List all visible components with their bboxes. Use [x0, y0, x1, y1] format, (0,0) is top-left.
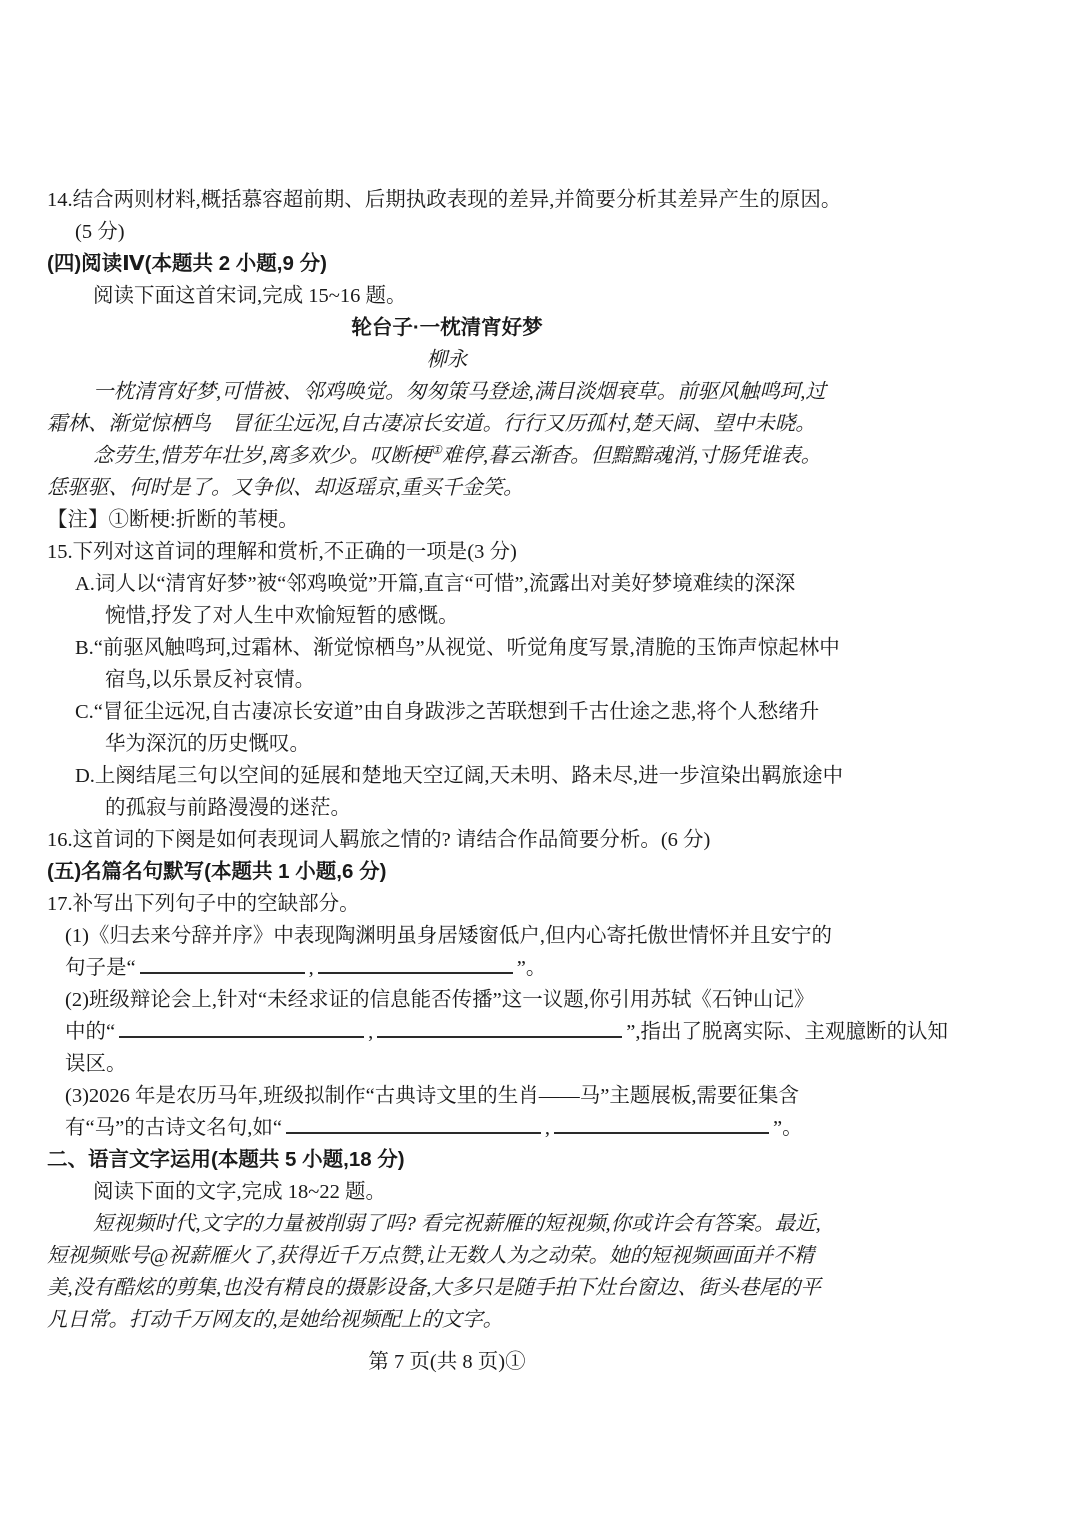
poem-stanza2-line1-pre: 念劳生,惜芳年壮岁,离多欢少。叹断梗 — [93, 445, 431, 467]
part1-blank-tail: ”。 — [517, 957, 547, 979]
question-17-part2-line3: 误区。 — [47, 1048, 847, 1080]
part3-blank-tail: ”。 — [773, 1117, 803, 1139]
answer-blank — [286, 1112, 541, 1134]
question-15-option-a-line2: 惋惜,抒发了对人生中欢愉短暂的感慨。 — [47, 600, 847, 632]
part2-blank-tail: ”,指出了脱离实际、主观臆断的认知 — [626, 1021, 948, 1043]
passage-line4: 凡日常。打动千万网友的,是她给视频配上的文字。 — [47, 1304, 847, 1336]
footnote-marker: ① — [431, 443, 442, 457]
question-15-option-c-line1: C.“冒征尘远况,自古凄凉长安道”由自身跋涉之苦联想到千古仕途之悲,将个人愁绪升 — [47, 696, 847, 728]
question-17-intro: 17.补写出下列句子中的空缺部分。 — [47, 888, 847, 920]
question-17-part1-line1: (1)《归去来兮辞并序》中表现陶渊明虽身居矮窗低户,但内心寄托傲世情怀并且安宁的 — [47, 920, 847, 952]
part3-blank-lead: 有“马”的古诗文名句,如“ — [65, 1117, 282, 1139]
poem-title: 轮台子·一枕清宵好梦 — [47, 312, 847, 344]
question-17-part3-line1: (3)2026 年是农历马年,班级拟制作“古典诗文里的生肖——马”主题展板,需要… — [47, 1080, 847, 1112]
section-two-intro: 阅读下面的文字,完成 18~22 题。 — [47, 1176, 847, 1208]
question-17-part2-line1: (2)班级辩论会上,针对“未经求证的信息能否传播”这一议题,你引用苏轼《石钟山记… — [47, 984, 847, 1016]
section-iv-intro: 阅读下面这首宋词,完成 15~16 题。 — [47, 280, 847, 312]
question-15-option-c-line2: 华为深沉的历史慨叹。 — [47, 728, 847, 760]
poem-stanza1-line1: 一枕清宵好梦,可惜被、邻鸡唤觉。匆匆策马登途,满目淡烟衰草。前驱风触鸣珂,过 — [47, 376, 847, 408]
section-two-heading: 二、语言文字运用(本题共 5 小题,18 分) — [47, 1144, 847, 1176]
poem-footnote: 【注】①断梗:折断的苇梗。 — [47, 504, 847, 536]
question-15-option-a-line1: A.词人以“清宵好梦”被“邻鸡唤觉”开篇,直言“可惜”,流露出对美好梦境难续的深… — [47, 568, 847, 600]
passage-line3: 美,没有酷炫的剪集,也没有精良的摄影设备,大多只是随手拍下灶台窗边、街头巷尾的平 — [47, 1272, 847, 1304]
question-15-option-b-line1: B.“前驱风触鸣珂,过霜林、渐觉惊栖鸟”从视觉、听觉角度写景,清脆的玉饰声惊起林… — [47, 632, 847, 664]
answer-blank — [119, 1016, 364, 1038]
answer-blank — [140, 952, 305, 974]
blank-separator: , — [309, 957, 314, 979]
section-iv-heading: (四)阅读Ⅳ(本题共 2 小题,9 分) — [47, 248, 847, 280]
question-15-option-d-line1: D.上阕结尾三句以空间的延展和楚地天空辽阔,天未明、路未尽,进一步渲染出羁旅途中 — [47, 760, 847, 792]
poem-stanza2-line1: 念劳生,惜芳年壮岁,离多欢少。叹断梗①难停,暮云渐杳。但黯黯魂消,寸肠凭谁表。 — [47, 440, 847, 472]
passage-line1: 短视频时代,文字的力量被削弱了吗? 看完祝薪雁的短视频,你或许会有答案。最近, — [47, 1208, 847, 1240]
section-v-heading: (五)名篇名句默写(本题共 1 小题,6 分) — [47, 856, 847, 888]
blank-separator: , — [368, 1021, 373, 1043]
exam-paper-page: 14.结合两则材料,概括慕容超前期、后期执政表现的差异,并简要分析其差异产生的原… — [0, 0, 1080, 1526]
passage-line2: 短视频账号@祝薪雁火了,获得近千万点赞,让无数人为之动荣。她的短视频画面并不精 — [47, 1240, 847, 1272]
question-17-part3-line2: 有“马”的古诗文名句,如“,”。 — [47, 1112, 847, 1144]
blank-separator: , — [545, 1117, 550, 1139]
answer-blank — [318, 952, 513, 974]
question-15-stem: 15.下列对这首词的理解和赏析,不正确的一项是(3 分) — [47, 536, 847, 568]
question-16-stem: 16.这首词的下阕是如何表现词人羁旅之情的? 请结合作品简要分析。(6 分) — [47, 824, 847, 856]
question-15-option-d-line2: 的孤寂与前路漫漫的迷茫。 — [47, 792, 847, 824]
answer-blank — [554, 1112, 769, 1134]
page-number-footer: 第 7 页(共 8 页)① — [47, 1346, 847, 1378]
question-14-stem: 14.结合两则材料,概括慕容超前期、后期执政表现的差异,并简要分析其差异产生的原… — [47, 184, 847, 216]
question-14-points: (5 分) — [47, 216, 847, 248]
poem-stanza2-line1-post: 难停,暮云渐杳。但黯黯魂消,寸肠凭谁表。 — [442, 445, 821, 467]
question-15-option-b-line2: 宿鸟,以乐景反衬哀情。 — [47, 664, 847, 696]
part1-blank-lead: 句子是“ — [65, 957, 136, 979]
question-17-part1-line2: 句子是“,”。 — [47, 952, 847, 984]
poem-stanza2-line2: 恁驱驱、何时是了。又争似、却返瑶京,重买千金笑。 — [47, 472, 847, 504]
answer-blank — [377, 1016, 622, 1038]
poem-author: 柳永 — [47, 344, 847, 376]
exam-content-column: 14.结合两则材料,概括慕容超前期、后期执政表现的差异,并简要分析其差异产生的原… — [47, 184, 847, 1378]
poem-stanza1-line2: 霜林、渐觉惊栖鸟 冒征尘远况,自古凄凉长安道。行行又历孤村,楚天阔、望中未晓。 — [47, 408, 847, 440]
part2-blank-lead: 中的“ — [65, 1021, 115, 1043]
question-17-part2-line2: 中的“,”,指出了脱离实际、主观臆断的认知 — [47, 1016, 847, 1048]
